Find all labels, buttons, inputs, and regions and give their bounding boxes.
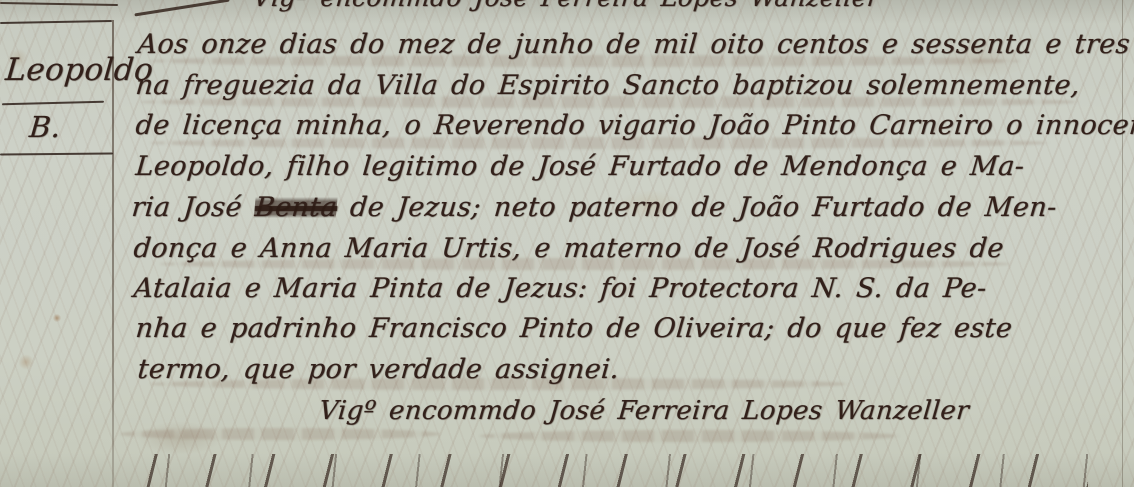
previous-record-signature-fragment: Vigº encommdo José Ferreira Lopes Wanzel… (252, 0, 881, 12)
bleedthrough-smudge (480, 430, 900, 442)
previous-line-flourish (0, 2, 118, 6)
margin-top-rule (0, 20, 112, 24)
margin-vertical-rule (112, 20, 114, 487)
record-line-1: Aos onze dias do mez de junho de mil oit… (136, 26, 1132, 64)
vicar-signature: Vigº encommdo José Ferreira Lopes Wanzel… (318, 396, 970, 426)
previous-line-flourish (134, 0, 229, 16)
manuscript-page: Leopoldo B. Vigº encommdo José Ferreira … (0, 0, 1134, 487)
margin-initial-label: B. (28, 110, 62, 144)
record-line-6: donça e Anna Maria Urtis, e materno de J… (132, 230, 1005, 268)
record-line-4: Leopoldo, filho legitimo de José Furtado… (134, 148, 1026, 186)
record-line-7: Atalaia e Maria Pinta de Jezus: foi Prot… (132, 270, 988, 308)
margin-name-underline (2, 101, 104, 106)
record-line-5-suffix: de Jezus; neto paterno de João Furtado d… (336, 192, 1058, 223)
record-line-8: nha e padrinho Francisco Pinto de Olivei… (134, 310, 1014, 348)
record-line-2: na freguezia da Villa do Espirito Sancto… (134, 67, 1082, 105)
record-line-5-prefix: ria José (130, 192, 256, 223)
record-line-9: termo, que por verdade assignei. (136, 351, 621, 389)
bleedthrough-smudge (120, 428, 440, 440)
margin-name-label: Leopoldo (4, 52, 155, 88)
margin-initial-underline (0, 153, 113, 156)
blotted-word: Benta (254, 192, 339, 223)
next-record-clipped-strokes (128, 454, 1088, 487)
record-line-3: de licença minha, o Reverendo vigario Jo… (134, 107, 1134, 145)
record-line-5: ria José Benta de Jezus; neto paterno de… (130, 189, 1058, 227)
right-margin-rule (1122, 0, 1123, 487)
